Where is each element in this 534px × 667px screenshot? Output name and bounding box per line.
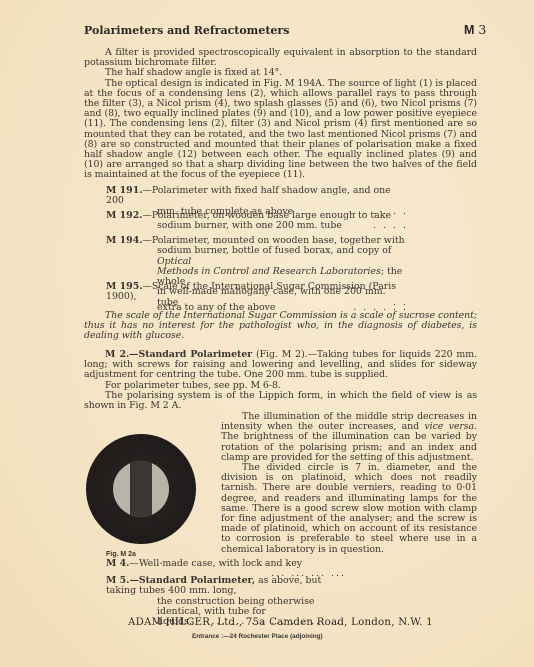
catalog-item-m192: M 192.—Polarimeter, on wooden base large… [106, 211, 408, 232]
illumination-text-cont: The brightness of the illumination can b… [221, 431, 477, 462]
item-code: M 192. [106, 210, 142, 221]
item-code: M 4. [106, 558, 129, 569]
company-imprint: ADAM HILGER, Ltd., 75a Camden Road, Lond… [128, 617, 433, 628]
catalog-item-m195: M 195.—Scale of the International Sugar … [106, 282, 408, 313]
entrance-note: Entrance :—24 Rochester Place (adjoining… [192, 633, 323, 640]
item-code: M 194. [106, 235, 142, 246]
intro-section: A filter is provided spectroscopically e… [84, 48, 477, 181]
book-title-cont: Methods in Control and Research Laborato… [157, 266, 381, 277]
divided-circle-paragraph: The divided circle is 7 in. diameter, an… [221, 463, 477, 555]
leader-dots: . . . . [373, 221, 408, 231]
illumination-section: The illumination of the middle strip dec… [221, 412, 477, 555]
note-text: The scale of the International Sugar Com… [84, 311, 477, 342]
middle-strip [130, 461, 152, 517]
standard-polarimeter-section: M 2.—Standard Polarimeter (Fig. M 2).—Ta… [84, 350, 477, 411]
field-of-view-disc [113, 461, 169, 517]
intro-paragraph-filter: A filter is provided spectroscopically e… [84, 48, 477, 68]
standard-polarimeter-paragraph: M 2.—Standard Polarimeter (Fig. M 2).—Ta… [84, 350, 477, 381]
page-number: M 3 [464, 22, 486, 37]
item-description-cont: sodium burner, bottle of fused borax, an… [157, 245, 391, 256]
catalog-page: Polarimeters and Refractometers M 3 A fi… [0, 0, 534, 667]
item-description: —Well-made case, with lock and key [129, 558, 302, 569]
page-prefix: M [464, 23, 474, 37]
page-number-value: 3 [478, 22, 486, 37]
intro-paragraph-optical-design: The optical design is indicated in Fig. … [84, 79, 477, 181]
figure-caption: Fig. M 2a [106, 551, 136, 558]
polarising-system-paragraph: The polarising system is of the Lippich … [84, 391, 477, 411]
item-description: —Polarimeter with fixed half shadow angl… [106, 185, 391, 206]
sugar-scale-note: The scale of the International Sugar Com… [84, 311, 477, 342]
field-of-view-figure [86, 434, 196, 544]
item-description-cont: the construction being otherwise identic… [106, 597, 346, 618]
illumination-paragraph: The illumination of the middle strip dec… [221, 412, 477, 463]
item-description: —Scale of the International Sugar Commis… [106, 281, 396, 302]
running-title: Polarimeters and Refractometers [84, 24, 289, 37]
item-description-cont: sodium burner, with one 200 mm. tube [157, 220, 342, 231]
